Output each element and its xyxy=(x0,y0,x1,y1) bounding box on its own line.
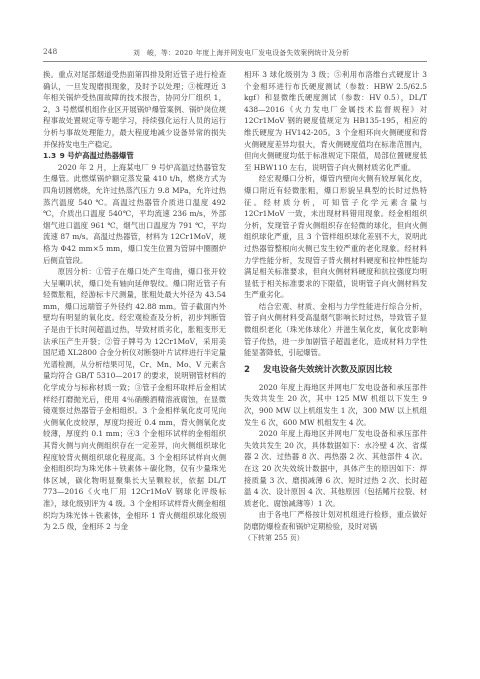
paragraph: 2020 年 2 月，上海某电厂 9 号炉高温过热器管发生爆管。此燃煤锅炉额定蒸… xyxy=(43,162,226,266)
paragraph: 2020 年度上海地区并网电厂发电设备和承压部件失效共发生 20 次，具体数据如… xyxy=(244,428,427,509)
paragraph: 结合宏观、材质、金相与力学性能进行综合分析，管子向火侧材料受高温烟气影响长时过热… xyxy=(244,301,427,359)
paragraph: 经宏观爆口分析，爆管内壁向火侧有较厚氧化皮，爆口附近有轻微胀粗，爆口形貌呈典型的… xyxy=(244,173,427,301)
continued-note: （下转第 255 页） xyxy=(244,533,427,545)
paragraph: 2020 年度上海地区并网电厂发电设备和承压部件失效共发生 20 次，其中 12… xyxy=(244,382,427,428)
right-column: 相环 3 球化级别为 3 级；⑤利用布洛维台式硬度计 3 个金相环进行布氏硬度测… xyxy=(244,69,427,544)
running-title: 刘 峻，等：2020 年度上海并网发电厂发电设备失效案例统计及分析 xyxy=(133,47,349,57)
paragraph: 换。重点对尾部烟道受热面第四排及附近管子进行检查确认，一旦发现磨损现象，及时予以… xyxy=(43,69,226,150)
paragraph: 原因分析：①管子在爆口处产生弯曲，爆口张开较大呈喇叭状，爆口处有轴向延伸裂纹。爆… xyxy=(43,266,226,533)
paragraph: 相环 3 球化级别为 3 级；⑤利用布洛维台式硬度计 3 个金相环进行布氏硬度测… xyxy=(244,69,427,173)
paragraph: 由于各电厂严格按计划对机组进行检修，重点做好防磨防爆检查和锅炉定期检验，及时对锅 xyxy=(244,509,427,532)
section-number: 1.3 xyxy=(43,150,57,162)
section-title: 9 号炉高温过热器爆管 xyxy=(60,151,134,160)
section-heading-2: 2 发电设备失效统计次数及原因比较 xyxy=(244,364,427,376)
section-title: 发电设备失效统计次数及原因比较 xyxy=(263,365,392,375)
section-number: 2 xyxy=(244,364,260,376)
page-header: 248 刘 峻，等：2020 年度上海并网发电厂发电设备失效案例统计及分析 xyxy=(43,47,427,61)
page-number: 248 xyxy=(43,47,57,56)
header-rule xyxy=(43,61,427,62)
section-heading-1-3: 1.3 9 号炉高温过热器爆管 xyxy=(43,150,226,162)
left-column: 换。重点对尾部烟道受热面第四排及附近管子进行检查确认，一旦发现磨损现象，及时予以… xyxy=(43,69,226,533)
